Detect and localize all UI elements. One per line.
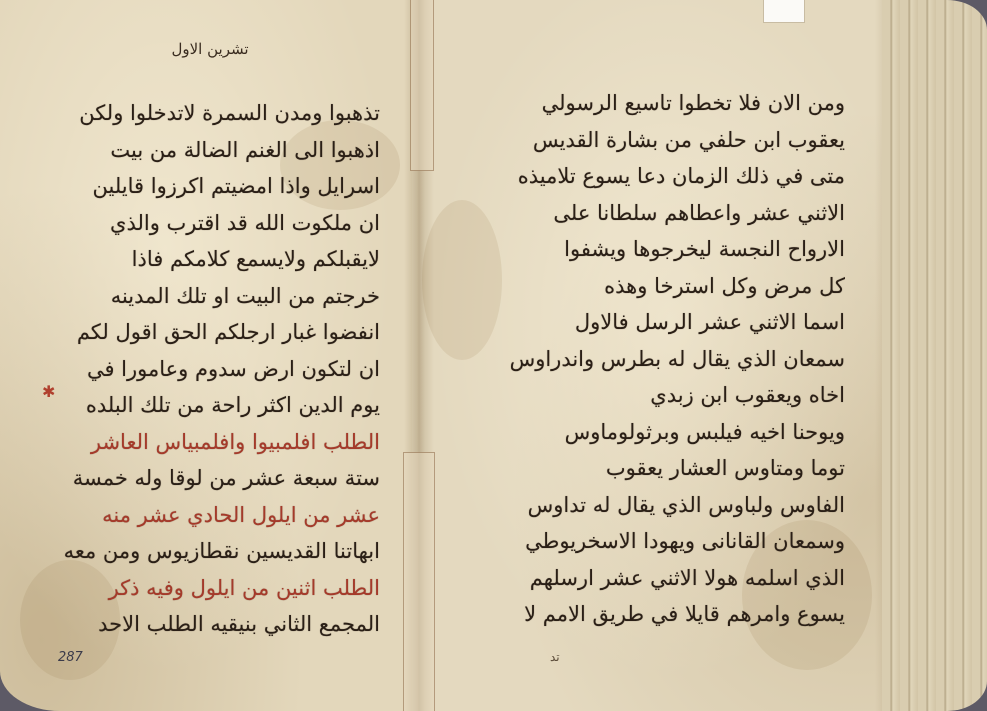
folio-number: 287 [58, 650, 83, 665]
running-heading: تشرين الاول [150, 40, 270, 58]
rubric-line: الطلب افلمبيوا وافلمبياس العاشر [50, 424, 380, 461]
open-manuscript: تشرين الاول ✱ تذهبوا ومدن السمرة لاتدخلو… [0, 0, 987, 711]
text-line: اذهبوا الى الغنم الضالة من بيت [50, 132, 380, 169]
text-line: خرجتم من البيت او تلك المدينه [50, 278, 380, 315]
left-page-text: تذهبوا ومدن السمرة لاتدخلوا ولكن اذهبوا … [50, 95, 380, 643]
rubric-line: الطلب اثنين من ايلول وفيه ذكر [50, 570, 380, 607]
text-line: يوم الدين اكثر راحة من تلك البلده [50, 387, 380, 424]
text-line: ستة سبعة عشر من لوقا وله خمسة [50, 460, 380, 497]
text-line: الاثني عشر واعطاهم سلطانا على [505, 195, 845, 232]
text-line: الفاوس ولباوس الذي يقال له تداوس [505, 487, 845, 524]
right-page-text: ومن الان فلا تخطوا تاسيع الرسولي يعقوب ا… [505, 85, 845, 633]
text-line: توما ومتاوس العشار يعقوب [505, 450, 845, 487]
text-line: ان لتكون ارض سدوم وعامورا في [50, 351, 380, 388]
text-line: ومن الان فلا تخطوا تاسيع الرسولي [505, 85, 845, 122]
binding-strip-bottom [403, 452, 435, 711]
text-line: يعقوب ابن حلفي من بشارة القديس [505, 122, 845, 159]
text-line: انفضوا غبار ارجلكم الحق اقول لكم [50, 314, 380, 351]
text-line: لايقبلكم ولايسمع كلامكم فاذا [50, 241, 380, 278]
text-line: متى في ذلك الزمان دعا يسوع تلاميذه [505, 158, 845, 195]
rubric-line: عشر من ايلول الحادي عشر منه [50, 497, 380, 534]
text-line: سمعان الذي يقال له بطرس واندراوس [505, 341, 845, 378]
text-line: ان ملكوت الله قد اقترب والذي [50, 205, 380, 242]
text-line: الارواح النجسة ليخرجوها ويشفوا [505, 231, 845, 268]
text-line: كل مرض وكل استرخا وهذه [505, 268, 845, 305]
paper-tab-marker [763, 0, 805, 23]
text-line: يسوع وامرهم قايلا في طريق الامم لا [505, 596, 845, 633]
text-line: ابهاتنا القديسين نقطازيوس ومن معه [50, 533, 380, 570]
text-line: وسمعان القانانى ويهودا الاسخريوطي [505, 523, 845, 560]
text-line: الذي اسلمه هولا الاثني عشر ارسلهم [505, 560, 845, 597]
binding-strip-top [410, 0, 434, 171]
text-line: اخاه ويعقوب ابن زبدي [505, 377, 845, 414]
catchword: تد [550, 650, 560, 664]
stain [422, 200, 502, 360]
left-page: تشرين الاول ✱ تذهبوا ومدن السمرة لاتدخلو… [0, 0, 412, 711]
text-line: تذهبوا ومدن السمرة لاتدخلوا ولكن [50, 95, 380, 132]
text-line: اسرايل واذا امضيتم اكرزوا قايلين [50, 168, 380, 205]
page-block-edges [882, 0, 987, 711]
text-line: اسما الاثني عشر الرسل فالاول [505, 304, 845, 341]
text-line: المجمع الثاني بنيقيه الطلب الاحد [50, 606, 380, 643]
text-line: ويوحنا اخيه فيلبس وبرثولوماوس [505, 414, 845, 451]
